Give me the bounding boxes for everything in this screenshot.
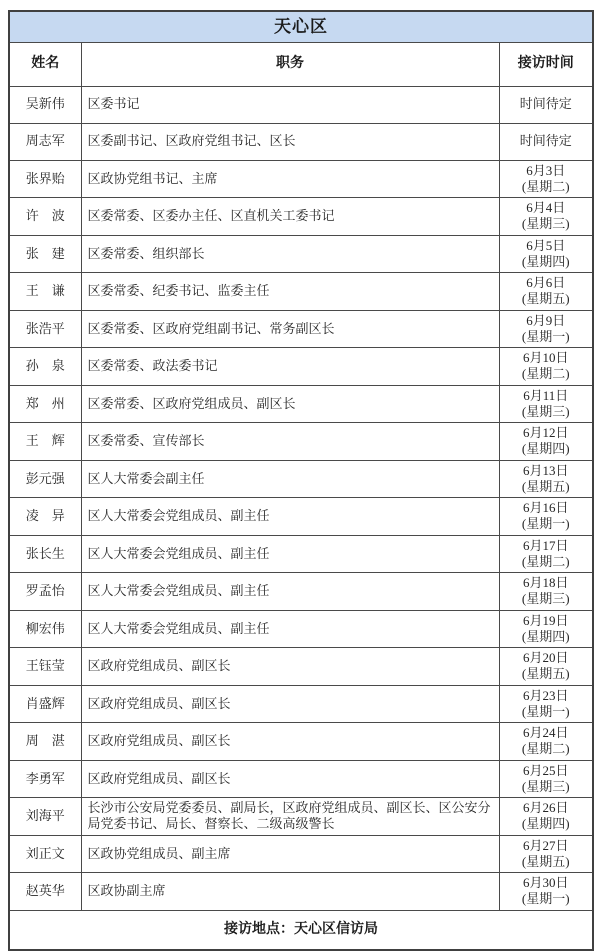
col-header-time: 接访时间: [499, 42, 593, 86]
table-row: 周 湛 区政府党组成员、副区长 6月24日 (星期二): [9, 723, 593, 761]
official-position: 区人大常委会党组成员、副主任: [81, 535, 499, 573]
official-name: 王 辉: [9, 423, 81, 461]
official-name: 吴新伟: [9, 86, 81, 123]
table-row: 张浩平 区委常委、区政府党组副书记、常务副区长 6月9日 (星期一): [9, 310, 593, 348]
reception-time: 6月20日 (星期五): [499, 648, 593, 686]
official-position: 区政府党组成员、副区长: [81, 648, 499, 686]
official-position: 长沙市公安局党委委员、副局长，区政府党组成员、副区长、区公安分局党委书记、局长、…: [81, 798, 499, 836]
official-position: 区委常委、组织部长: [81, 235, 499, 273]
reception-location: 接访地点：天心区信访局: [9, 910, 593, 950]
official-position: 区政府党组成员、副区长: [81, 723, 499, 761]
official-name: 张浩平: [9, 310, 81, 348]
official-position: 区人大常委会党组成员、副主任: [81, 498, 499, 536]
table-row: 刘正文 区政协党组成员、副主席 6月27日 (星期五): [9, 835, 593, 873]
table-title-row: 天心区: [9, 11, 593, 42]
table-row: 刘海平 长沙市公安局党委委员、副局长，区政府党组成员、副区长、区公安分局党委书记…: [9, 798, 593, 836]
document-page: 天心区 姓名 职务 接访时间 吴新伟 区委书记 时间待定 周志军 区委副书记、区…: [0, 0, 600, 950]
table-row: 郑 州 区委常委、区政府党组成员、副区长 6月11日 (星期三): [9, 385, 593, 423]
table-row: 彭元强 区人大常委会副主任 6月13日 (星期五): [9, 460, 593, 498]
reception-time: 6月26日 (星期四): [499, 798, 593, 836]
reception-schedule-table: 天心区 姓名 职务 接访时间 吴新伟 区委书记 时间待定 周志军 区委副书记、区…: [8, 10, 594, 951]
reception-time: 时间待定: [499, 123, 593, 160]
official-position: 区委常委、政法委书记: [81, 348, 499, 386]
official-position: 区委常委、区委办主任、区直机关工委书记: [81, 198, 499, 236]
official-position: 区政协党组书记、主席: [81, 160, 499, 198]
table-row: 王 谦 区委常委、纪委书记、监委主任 6月6日 (星期五): [9, 273, 593, 311]
table-row: 肖盛辉 区政府党组成员、副区长 6月23日 (星期一): [9, 685, 593, 723]
official-position: 区人大常委会党组成员、副主任: [81, 573, 499, 611]
reception-time: 6月9日 (星期一): [499, 310, 593, 348]
reception-time: 6月23日 (星期一): [499, 685, 593, 723]
official-name: 许 波: [9, 198, 81, 236]
official-name: 张 建: [9, 235, 81, 273]
reception-time: 6月10日 (星期二): [499, 348, 593, 386]
reception-time: 6月5日 (星期四): [499, 235, 593, 273]
reception-time: 6月30日 (星期一): [499, 873, 593, 911]
table-row: 罗孟怡 区人大常委会党组成员、副主任 6月18日 (星期三): [9, 573, 593, 611]
table-row: 王 辉 区委常委、宣传部长 6月12日 (星期四): [9, 423, 593, 461]
table-row: 赵英华 区政协副主席 6月30日 (星期一): [9, 873, 593, 911]
official-name: 赵英华: [9, 873, 81, 911]
reception-time: 6月18日 (星期三): [499, 573, 593, 611]
reception-time: 6月25日 (星期三): [499, 760, 593, 798]
official-name: 周 湛: [9, 723, 81, 761]
table-row: 柳宏伟 区人大常委会党组成员、副主任 6月19日 (星期四): [9, 610, 593, 648]
official-name: 李勇军: [9, 760, 81, 798]
official-position: 区委常委、区政府党组成员、副区长: [81, 385, 499, 423]
table-row: 张 建 区委常委、组织部长 6月5日 (星期四): [9, 235, 593, 273]
col-header-name: 姓名: [9, 42, 81, 86]
table-row: 吴新伟 区委书记 时间待定: [9, 86, 593, 123]
table-row: 张长生 区人大常委会党组成员、副主任 6月17日 (星期二): [9, 535, 593, 573]
table-row: 许 波 区委常委、区委办主任、区直机关工委书记 6月4日 (星期三): [9, 198, 593, 236]
reception-time: 6月17日 (星期二): [499, 535, 593, 573]
reception-time: 6月24日 (星期二): [499, 723, 593, 761]
reception-time: 6月12日 (星期四): [499, 423, 593, 461]
reception-time: 6月4日 (星期三): [499, 198, 593, 236]
reception-time: 6月19日 (星期四): [499, 610, 593, 648]
table-row: 张界贻 区政协党组书记、主席 6月3日 (星期二): [9, 160, 593, 198]
official-name: 王 谦: [9, 273, 81, 311]
table-row: 李勇军 区政府党组成员、副区长 6月25日 (星期三): [9, 760, 593, 798]
official-position: 区人大常委会党组成员、副主任: [81, 610, 499, 648]
official-name: 王钰莹: [9, 648, 81, 686]
official-name: 张长生: [9, 535, 81, 573]
official-position: 区政府党组成员、副区长: [81, 685, 499, 723]
reception-time: 6月13日 (星期五): [499, 460, 593, 498]
official-position: 区委常委、宣传部长: [81, 423, 499, 461]
table-footer-row: 接访地点：天心区信访局: [9, 910, 593, 950]
table-row: 孙 泉 区委常委、政法委书记 6月10日 (星期二): [9, 348, 593, 386]
table-row: 凌 异 区人大常委会党组成员、副主任 6月16日 (星期一): [9, 498, 593, 536]
official-name: 罗孟怡: [9, 573, 81, 611]
official-position: 区政协党组成员、副主席: [81, 835, 499, 873]
table-body: 吴新伟 区委书记 时间待定 周志军 区委副书记、区政府党组书记、区长 时间待定 …: [9, 86, 593, 910]
official-position: 区委副书记、区政府党组书记、区长: [81, 123, 499, 160]
reception-time: 6月3日 (星期二): [499, 160, 593, 198]
col-header-position: 职务: [81, 42, 499, 86]
official-name: 刘正文: [9, 835, 81, 873]
official-name: 孙 泉: [9, 348, 81, 386]
official-name: 彭元强: [9, 460, 81, 498]
table-header-row: 姓名 职务 接访时间: [9, 42, 593, 86]
reception-time: 时间待定: [499, 86, 593, 123]
official-name: 刘海平: [9, 798, 81, 836]
official-position: 区委常委、区政府党组副书记、常务副区长: [81, 310, 499, 348]
reception-time: 6月16日 (星期一): [499, 498, 593, 536]
official-name: 柳宏伟: [9, 610, 81, 648]
table-row: 周志军 区委副书记、区政府党组书记、区长 时间待定: [9, 123, 593, 160]
official-name: 郑 州: [9, 385, 81, 423]
official-position: 区政府党组成员、副区长: [81, 760, 499, 798]
official-name: 张界贻: [9, 160, 81, 198]
official-name: 周志军: [9, 123, 81, 160]
reception-time: 6月6日 (星期五): [499, 273, 593, 311]
official-position: 区委常委、纪委书记、监委主任: [81, 273, 499, 311]
official-position: 区政协副主席: [81, 873, 499, 911]
official-name: 凌 异: [9, 498, 81, 536]
reception-time: 6月11日 (星期三): [499, 385, 593, 423]
official-position: 区人大常委会副主任: [81, 460, 499, 498]
reception-time: 6月27日 (星期五): [499, 835, 593, 873]
table-row: 王钰莹 区政府党组成员、副区长 6月20日 (星期五): [9, 648, 593, 686]
official-position: 区委书记: [81, 86, 499, 123]
official-name: 肖盛辉: [9, 685, 81, 723]
district-title: 天心区: [9, 11, 593, 42]
